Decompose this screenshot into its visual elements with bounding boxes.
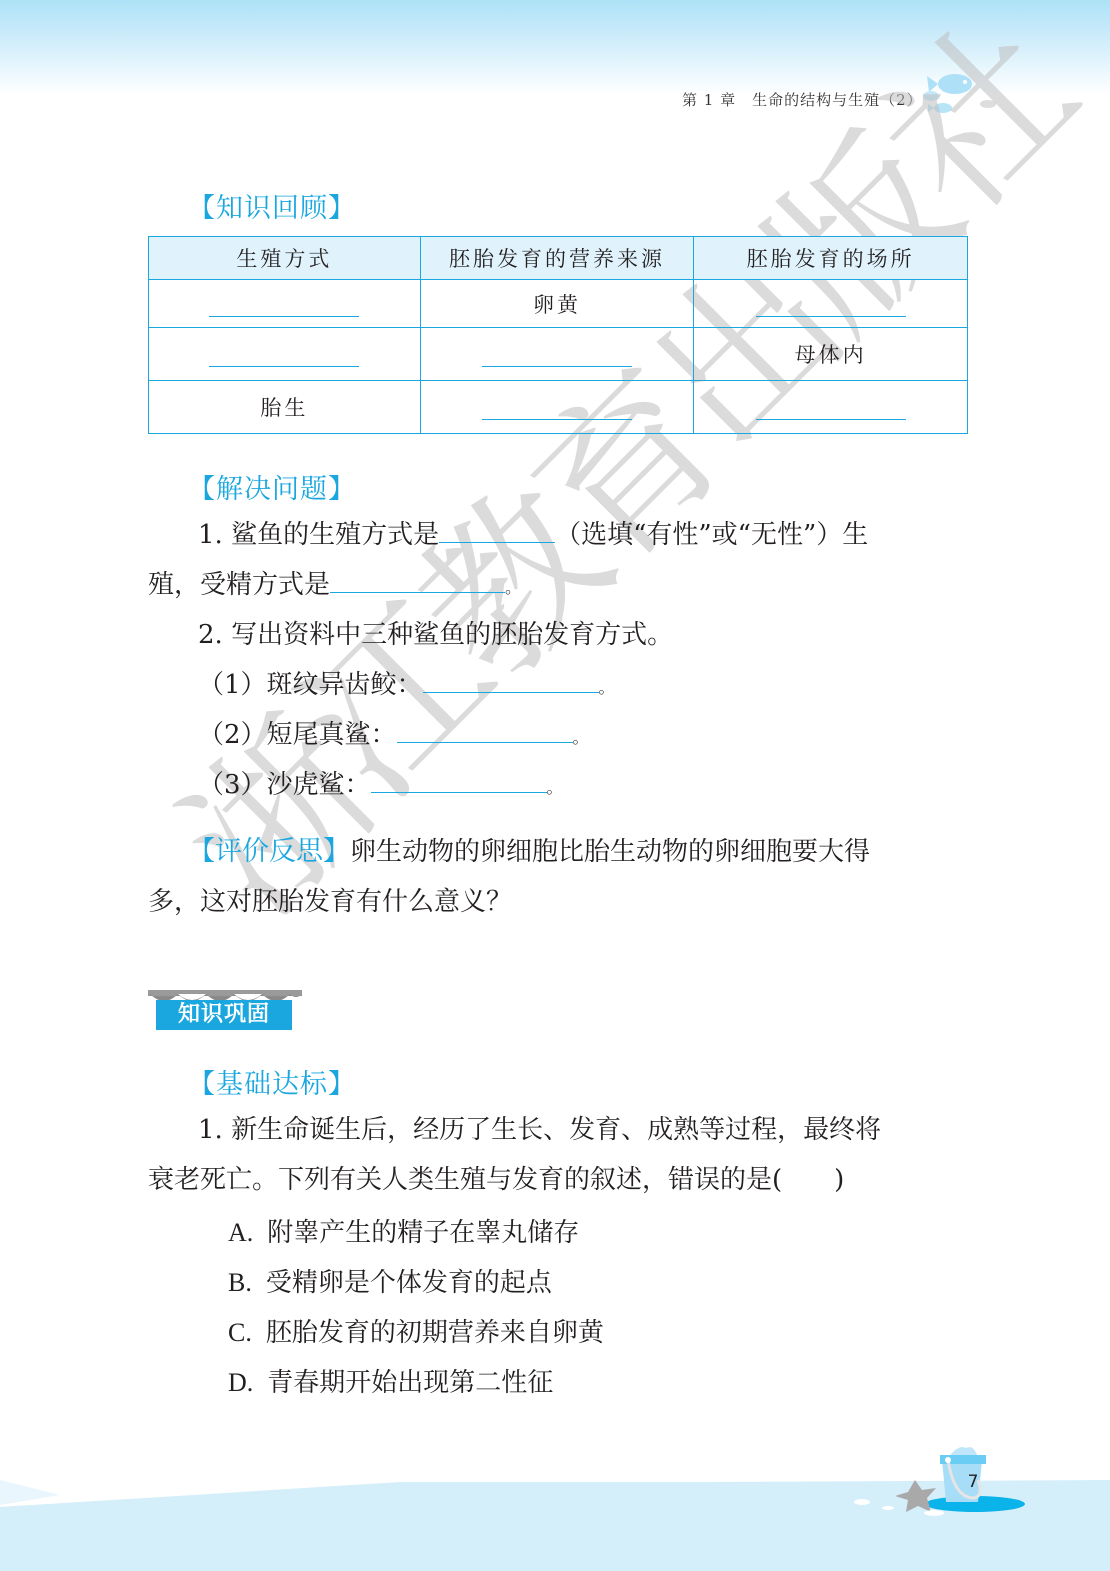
banner-label: 知识巩固	[156, 1000, 292, 1030]
problem-q1-line1: 1. 鲨鱼的生殖方式是（选填“有性”或“无性”）生	[198, 510, 868, 560]
option-a[interactable]: A.附睾产生的精子在睾丸储存	[228, 1212, 579, 1249]
table-cell-blank[interactable]	[694, 280, 968, 328]
section-title-review: 【知识回顾】	[188, 186, 356, 225]
table-cell-blank[interactable]	[149, 328, 421, 381]
answer-blank[interactable]	[756, 296, 906, 317]
table-cell: 胎生	[149, 381, 421, 434]
page-number: 7	[958, 1472, 988, 1492]
section-title-reflection: 【评价反思】	[188, 836, 350, 867]
option-letter: B.	[228, 1268, 252, 1297]
table-cell: 母体内	[694, 328, 968, 381]
question-text: （3）沙虎鲨：	[198, 770, 371, 800]
question-text: （2）短尾真鲨：	[198, 720, 397, 750]
answer-blank[interactable]	[209, 346, 359, 367]
table-cell-blank[interactable]	[694, 381, 968, 434]
table-row: 母体内	[149, 328, 968, 381]
option-text: 青春期开始出现第二性征	[267, 1368, 553, 1398]
problem-q2: 2. 写出资料中三种鲨鱼的胚胎发育方式。	[198, 610, 673, 660]
problem-q2-item-2: （2）短尾真鲨：。	[198, 710, 589, 763]
answer-blank[interactable]	[439, 522, 555, 543]
answer-blank[interactable]	[482, 399, 632, 420]
table-row: 卵黄	[149, 280, 968, 328]
option-text: 附睾产生的精子在睾丸储存	[267, 1218, 579, 1248]
question-text: （1）斑纹异齿鲛：	[198, 670, 423, 700]
table-header: 生殖方式	[149, 237, 421, 280]
option-d[interactable]: D.青春期开始出现第二性征	[228, 1362, 553, 1399]
answer-blank[interactable]	[397, 722, 573, 743]
consolidate-banner: 知识巩固	[146, 986, 304, 1034]
option-c[interactable]: C.胚胎发育的初期营养来自卵黄	[228, 1312, 604, 1349]
answer-blank[interactable]	[756, 399, 906, 420]
option-b[interactable]: B.受精卵是个体发育的起点	[228, 1262, 552, 1299]
answer-blank[interactable]	[423, 672, 599, 693]
section-title-basic: 【基础达标】	[188, 1062, 356, 1101]
table-cell-blank[interactable]	[420, 381, 694, 434]
question-text: 1. 鲨鱼的生殖方式是	[198, 520, 439, 550]
reflection-line2: 多，这对胚胎发育有什么意义？	[148, 877, 512, 927]
answer-blank[interactable]	[209, 296, 359, 317]
table-cell-blank[interactable]	[420, 328, 694, 381]
bucket-star-icon	[850, 1440, 1040, 1520]
question-text: 殖，受精方式是	[148, 570, 330, 600]
answer-blank[interactable]	[482, 346, 632, 367]
running-head: 第 1 章 生命的结构与生殖（2）	[682, 89, 923, 110]
option-text: 胚胎发育的初期营养来自卵黄	[266, 1318, 604, 1348]
option-letter: C.	[228, 1318, 252, 1347]
review-table: 生殖方式 胚胎发育的营养来源 胚胎发育的场所 卵黄 母体内 胎生	[148, 236, 968, 434]
answer-blank[interactable]	[330, 572, 505, 593]
option-letter: A.	[228, 1218, 253, 1247]
question-text: （选填“有性”或“无性”）生	[555, 520, 868, 550]
table-cell: 卵黄	[420, 280, 694, 328]
table-row: 胎生	[149, 381, 968, 434]
table-header: 胚胎发育的场所	[694, 237, 968, 280]
table-cell-blank[interactable]	[149, 280, 421, 328]
mcq-stem-line1: 1. 新生命诞生后，经历了生长、发育、成熟等过程，最终将	[198, 1105, 881, 1155]
problem-q2-item-1: （1）斑纹异齿鲛：。	[198, 660, 615, 713]
problem-q2-item-3: （3）沙虎鲨：。	[198, 760, 563, 813]
reflection-line1: 【评价反思】卵生动物的卵细胞比胎生动物的卵细胞要大得	[188, 827, 870, 877]
reflection-text: 卵生动物的卵细胞比胎生动物的卵细胞要大得	[350, 837, 870, 867]
section-title-problem: 【解决问题】	[188, 467, 356, 506]
table-header-row: 生殖方式 胚胎发育的营养来源 胚胎发育的场所	[149, 237, 968, 280]
answer-blank[interactable]	[371, 772, 547, 793]
problem-q1-line2: 殖，受精方式是。	[148, 560, 521, 613]
mcq-stem-line2: 衰老死亡。下列有关人类生殖与发育的叙述，错误的是( )	[148, 1155, 844, 1205]
option-text: 受精卵是个体发育的起点	[266, 1268, 552, 1298]
table-header: 胚胎发育的营养来源	[420, 237, 694, 280]
option-letter: D.	[228, 1368, 253, 1397]
fish-decoration-icon	[915, 66, 1015, 126]
